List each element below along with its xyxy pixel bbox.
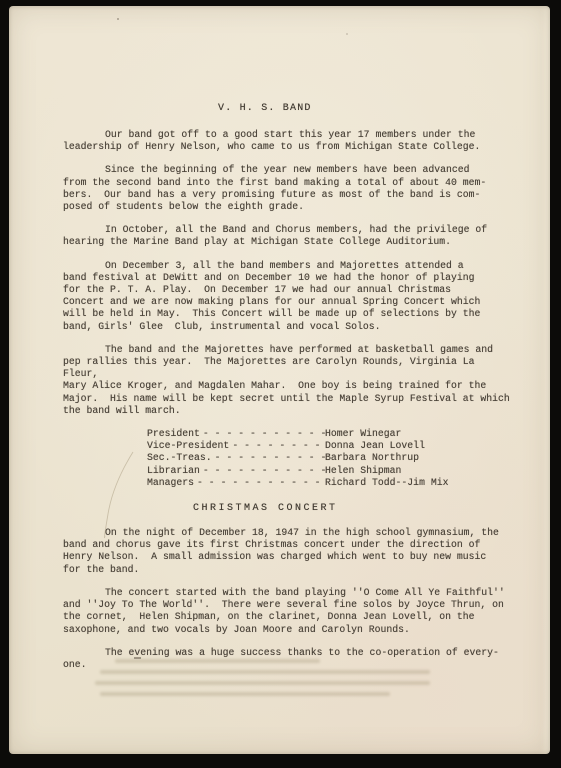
officer-name: Donna Jean Lovell <box>325 440 425 452</box>
paper-speck <box>117 18 119 20</box>
officer-name: Richard Todd--Jim Mix <box>325 477 448 489</box>
officer-dash-leader: - - - - - - - - - - - <box>203 428 325 440</box>
band-paragraph-2: Since the beginning of the year new memb… <box>63 164 515 213</box>
officer-dash-leader: - - - - - - - - <box>232 440 320 452</box>
bleed-through-dash <box>134 657 141 659</box>
concert-paragraph-2: The concert started with the band playin… <box>63 587 515 636</box>
concert-paragraph-1: On the night of December 18, 1947 in the… <box>63 527 515 576</box>
band-paragraph-5: The band and the Majorettes have perform… <box>63 344 515 417</box>
officer-title: President <box>147 428 200 440</box>
officer-dash-leader: - - - - - - - - - - - <box>203 465 325 477</box>
document-page: V. H. S. BAND Our band got off to a good… <box>9 6 550 754</box>
officer-dash-leader: - - - - - - - - - - - <box>197 477 320 489</box>
officer-list: President - - - - - - - - - - - Homer Wi… <box>147 428 515 489</box>
bleed-through-line <box>100 692 390 696</box>
officer-row: President - - - - - - - - - - - Homer Wi… <box>147 428 515 440</box>
officer-row: Vice-President - - - - - - - - Donna Jea… <box>147 440 515 452</box>
section-heading-band: V. H. S. BAND <box>218 103 515 115</box>
band-paragraph-4: On December 3, all the band members and … <box>63 260 515 333</box>
officer-title: Managers <box>147 477 194 489</box>
officer-name: Homer Winegar <box>325 428 401 440</box>
paper-speck <box>346 33 348 35</box>
bleed-through-line <box>100 670 430 674</box>
officer-row: Librarian - - - - - - - - - - - Helen Sh… <box>147 465 515 477</box>
bleed-through-line <box>115 659 320 663</box>
bleed-through-line <box>95 681 430 685</box>
officer-title: Vice-President <box>147 440 229 452</box>
officer-title: Sec.-Treas. <box>147 452 212 464</box>
section-heading-concert: CHRISTMAS CONCERT <box>193 503 515 515</box>
scanned-page-photo: { "colors": { "paper": "#ece4d1", "ink":… <box>0 0 561 768</box>
band-paragraph-1: Our band got off to a good start this ye… <box>63 129 515 153</box>
officer-title: Librarian <box>147 465 200 477</box>
officer-row: Managers - - - - - - - - - - - Richard T… <box>147 477 515 489</box>
band-paragraph-3: In October, all the Band and Chorus memb… <box>63 224 515 248</box>
officer-dash-leader: - - - - - - - - - - <box>215 452 325 464</box>
officer-name: Helen Shipman <box>325 465 401 477</box>
page-content: V. H. S. BAND Our band got off to a good… <box>63 6 515 682</box>
officer-row: Sec.-Treas. - - - - - - - - - - Barbara … <box>147 452 515 464</box>
officer-name: Barbara Northrup <box>325 452 419 464</box>
